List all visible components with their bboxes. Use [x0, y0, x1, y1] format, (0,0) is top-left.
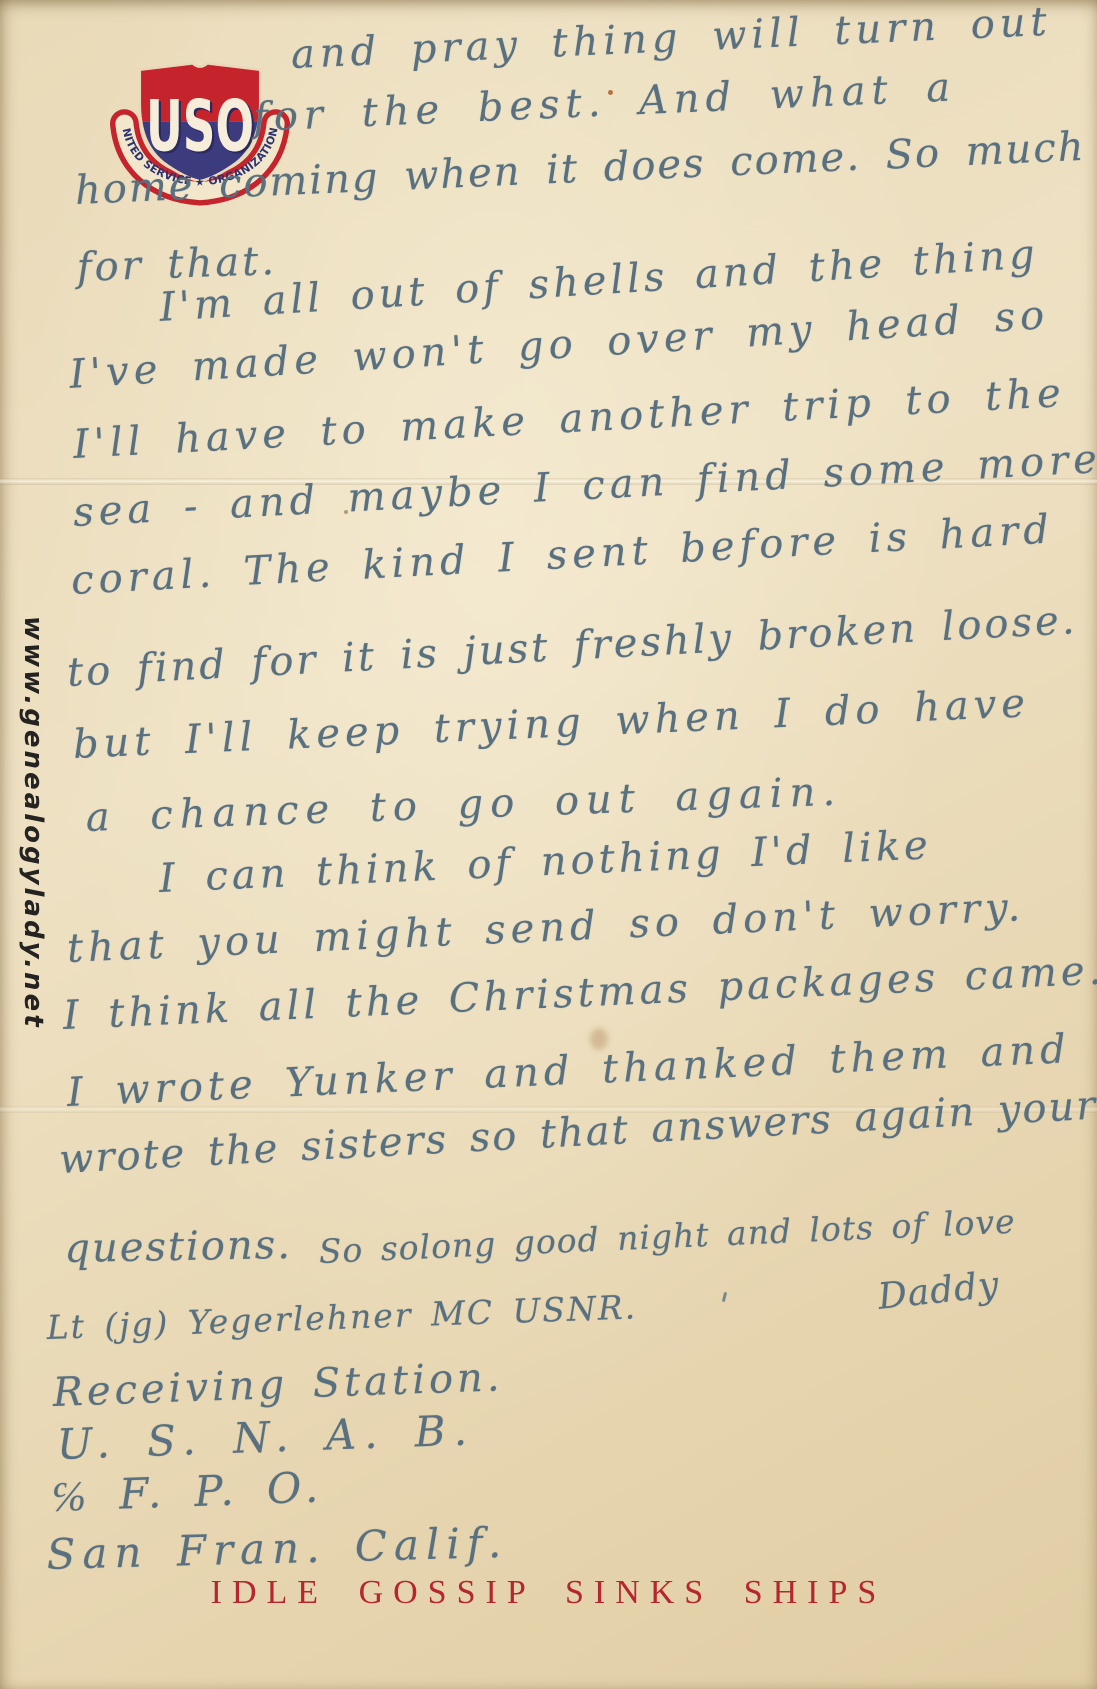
address-line: San Fran. Calif. — [46, 1518, 509, 1579]
closing-line: So solong good night and lots of love — [318, 1202, 1016, 1271]
handwriting-line: to find for it is just freshly broken lo… — [66, 597, 1078, 696]
uso-acronym: USO — [146, 86, 254, 168]
address-line: U. S. N. A. B. — [56, 1405, 476, 1469]
handwriting-line: but I'll keep trying when I do have — [72, 680, 1031, 768]
ink-mark — [722, 1292, 727, 1302]
letter-page: USO USO UNITED SERVICE ★ ORGANIZATIONS w… — [0, 0, 1097, 1689]
handwriting-line: questions. — [64, 1222, 292, 1272]
stationery-slogan: IDLE GOSSIP SINKS SHIPS — [0, 1574, 1097, 1612]
watermark: www.genealogylady.net — [18, 616, 48, 1030]
handwriting-line: for the best. And what a — [252, 64, 957, 141]
address-line: Lt (jg) Yegerlehner MC USNR. — [46, 1287, 638, 1347]
address-line: ℅ F. P. O. — [50, 1462, 325, 1522]
signature: Daddy — [876, 1264, 1001, 1318]
